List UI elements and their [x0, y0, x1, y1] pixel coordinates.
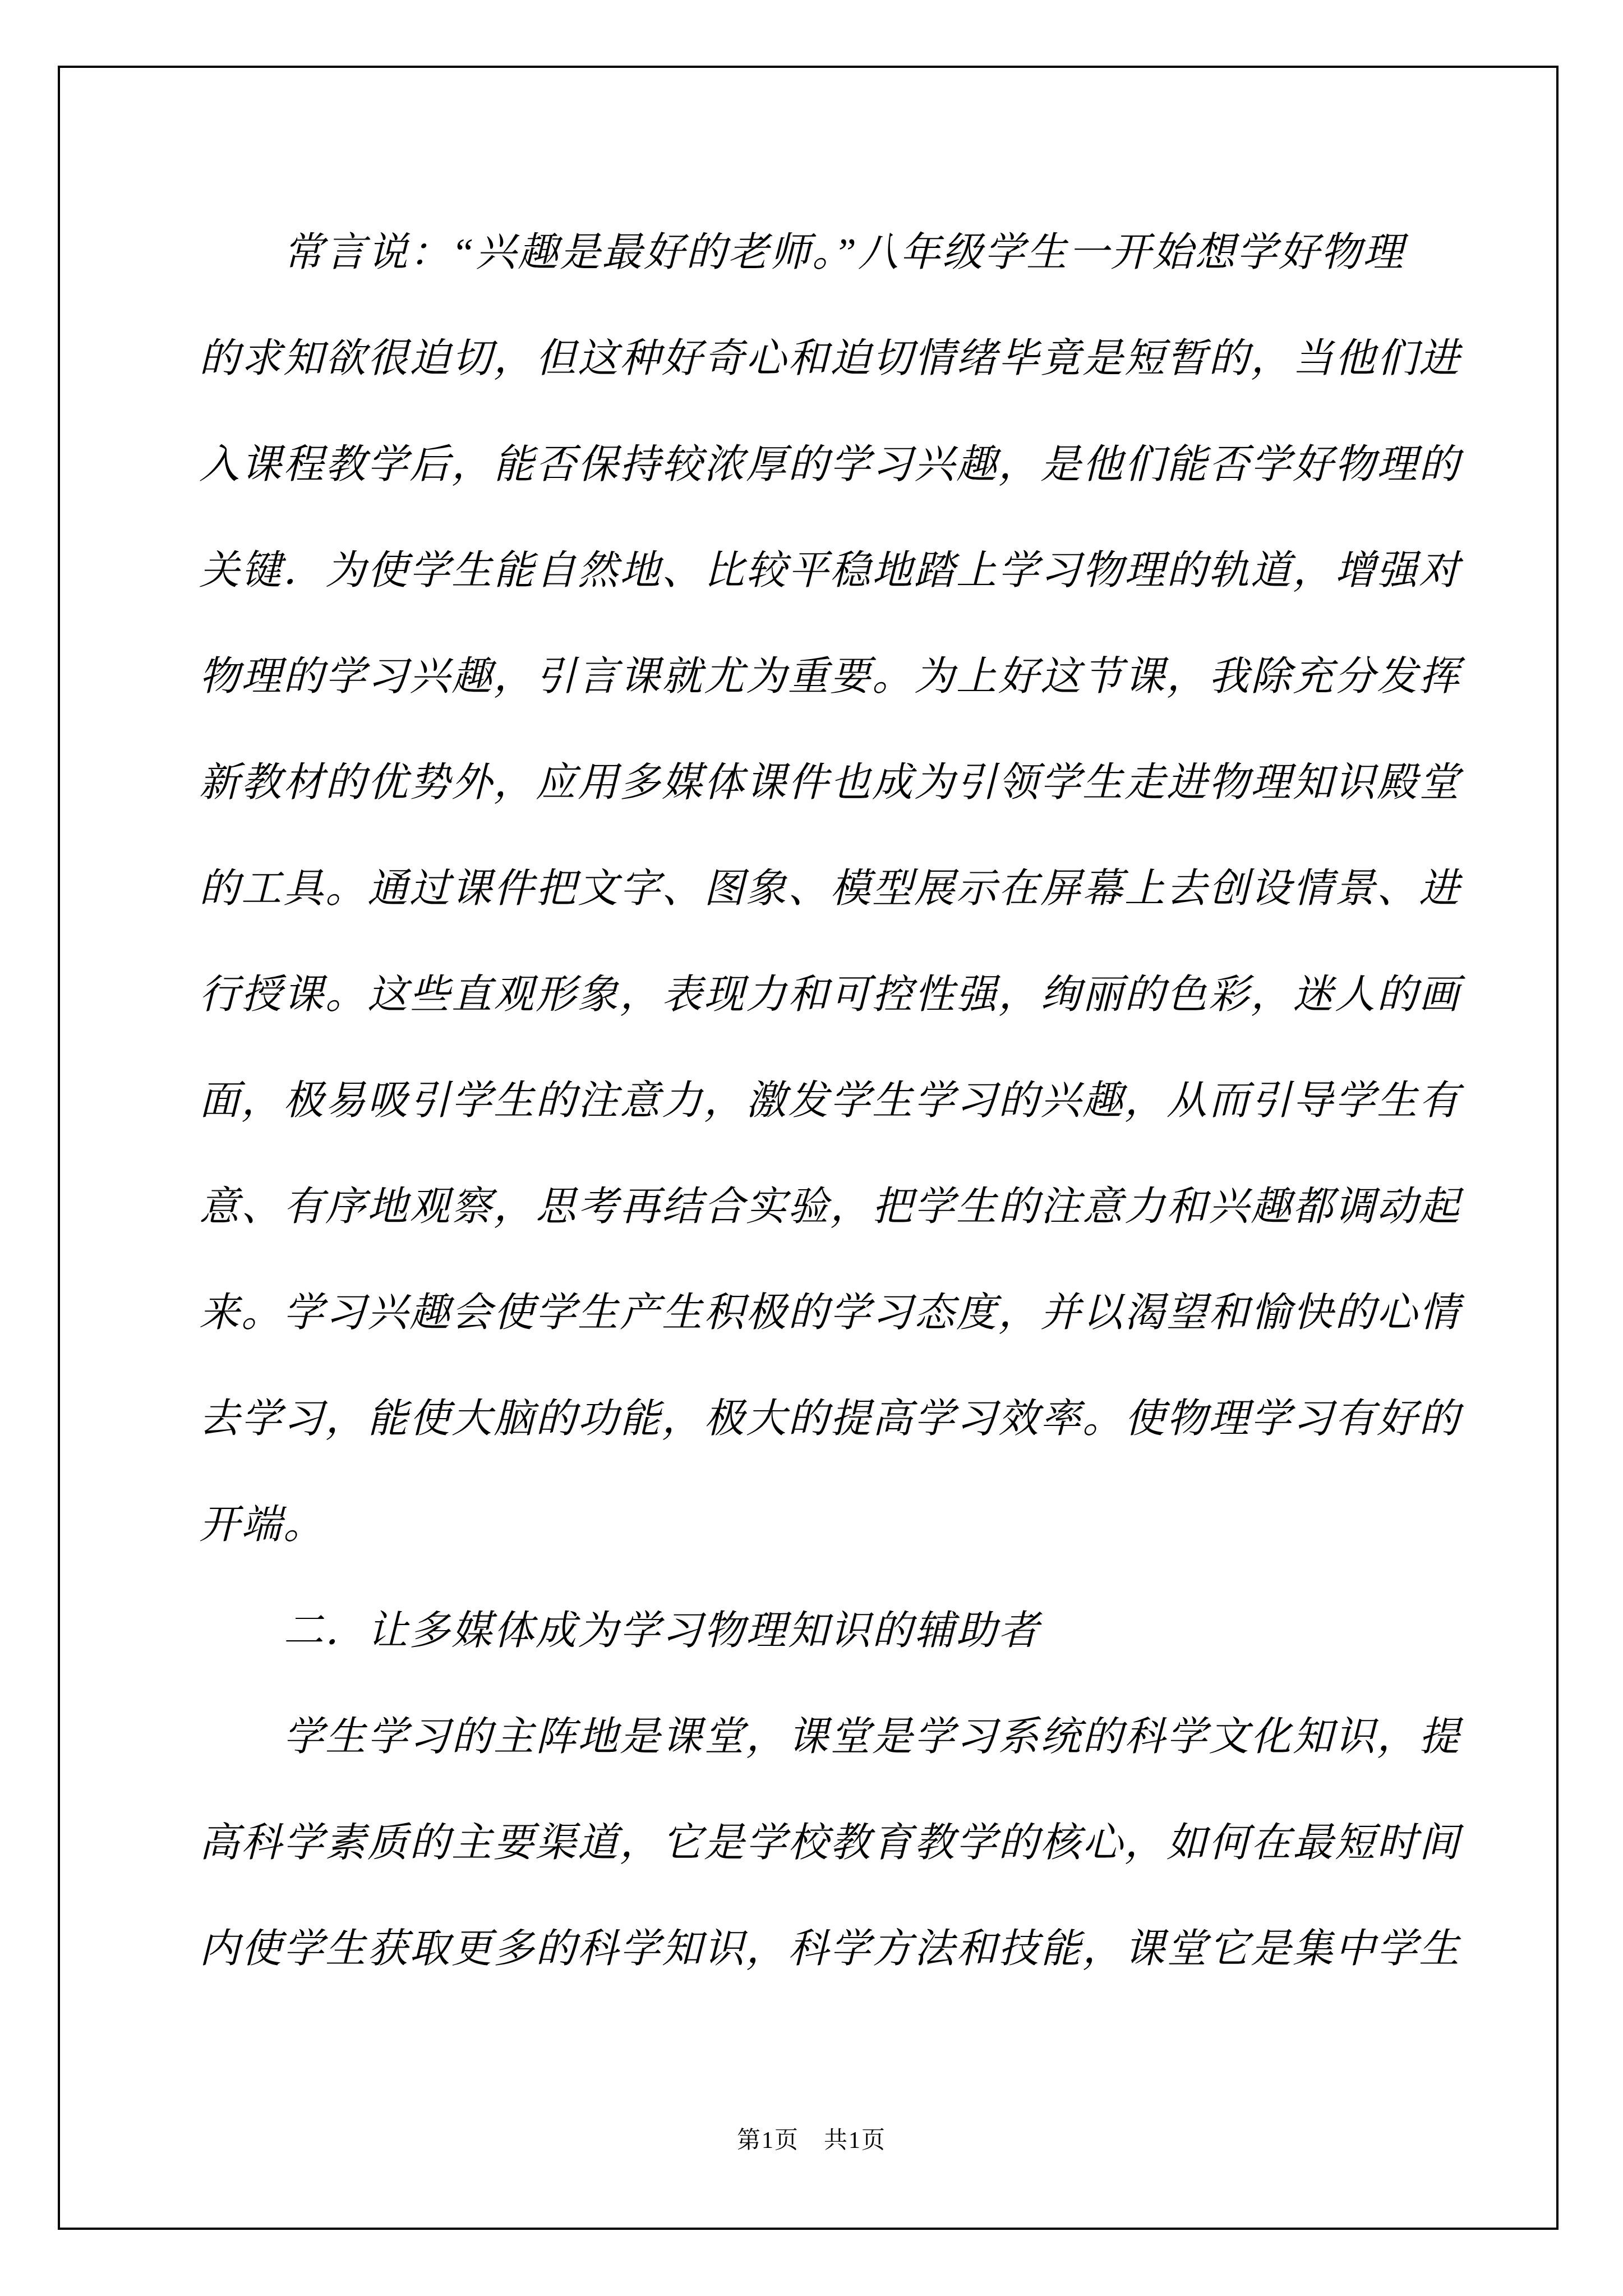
text-line: 物理的学习兴趣，引言课就尤为重要。为上好这节课，我除充分发挥	[199, 624, 1483, 730]
body-text-block: 常言说：“兴趣是最好的老师。”八年级学生一开始想学好物理 的求知欲很迫切，但这种…	[199, 200, 1483, 2002]
text-line: 高科学素质的主要渠道，它是学校教育教学的核心，如何在最短时间	[199, 1790, 1483, 1896]
text-line: 常言说：“兴趣是最好的老师。”八年级学生一开始想学好物理	[199, 200, 1483, 306]
text-line: 的求知欲很迫切，但这种好奇心和迫切情绪毕竟是短暂的，当他们进	[199, 306, 1483, 412]
text-line: 开端。	[199, 1472, 1483, 1578]
text-line: 行授课。这些直观形象，表现力和可控性强，绚丽的色彩，迷人的画	[199, 942, 1483, 1048]
text-line: 意、有序地观察，思考再结合实验，把学生的注意力和兴趣都调动起	[199, 1154, 1483, 1260]
document-page: 常言说：“兴趣是最好的老师。”八年级学生一开始想学好物理 的求知欲很迫切，但这种…	[0, 0, 1623, 2296]
section-heading-line: 二．让多媒体成为学习物理知识的辅助者	[199, 1578, 1483, 1684]
text-line: 关键．为使学生能自然地、比较平稳地踏上学习物理的轨道，增强对	[199, 518, 1483, 624]
text-line: 新教材的优势外，应用多媒体课件也成为引领学生走进物理知识殿堂	[199, 730, 1483, 836]
page-footer: 第1页 共1页	[0, 2122, 1623, 2155]
text-line: 入课程教学后，能否保持较浓厚的学习兴趣，是他们能否学好物理的	[199, 412, 1483, 518]
text-line: 的工具。通过课件把文字、图象、模型展示在屏幕上去创设情景、进	[199, 836, 1483, 942]
text-line: 内使学生获取更多的科学知识，科学方法和技能，课堂它是集中学生	[199, 1896, 1483, 2002]
text-line: 去学习，能使大脑的功能，极大的提高学习效率。使物理学习有好的	[199, 1366, 1483, 1472]
text-line: 面，极易吸引学生的注意力，激发学生学习的兴趣，从而引导学生有	[199, 1048, 1483, 1154]
text-line: 学生学习的主阵地是课堂，课堂是学习系统的科学文化知识，提	[199, 1684, 1483, 1790]
text-line: 来。学习兴趣会使学生产生积极的学习态度，并以渴望和愉快的心情	[199, 1260, 1483, 1366]
